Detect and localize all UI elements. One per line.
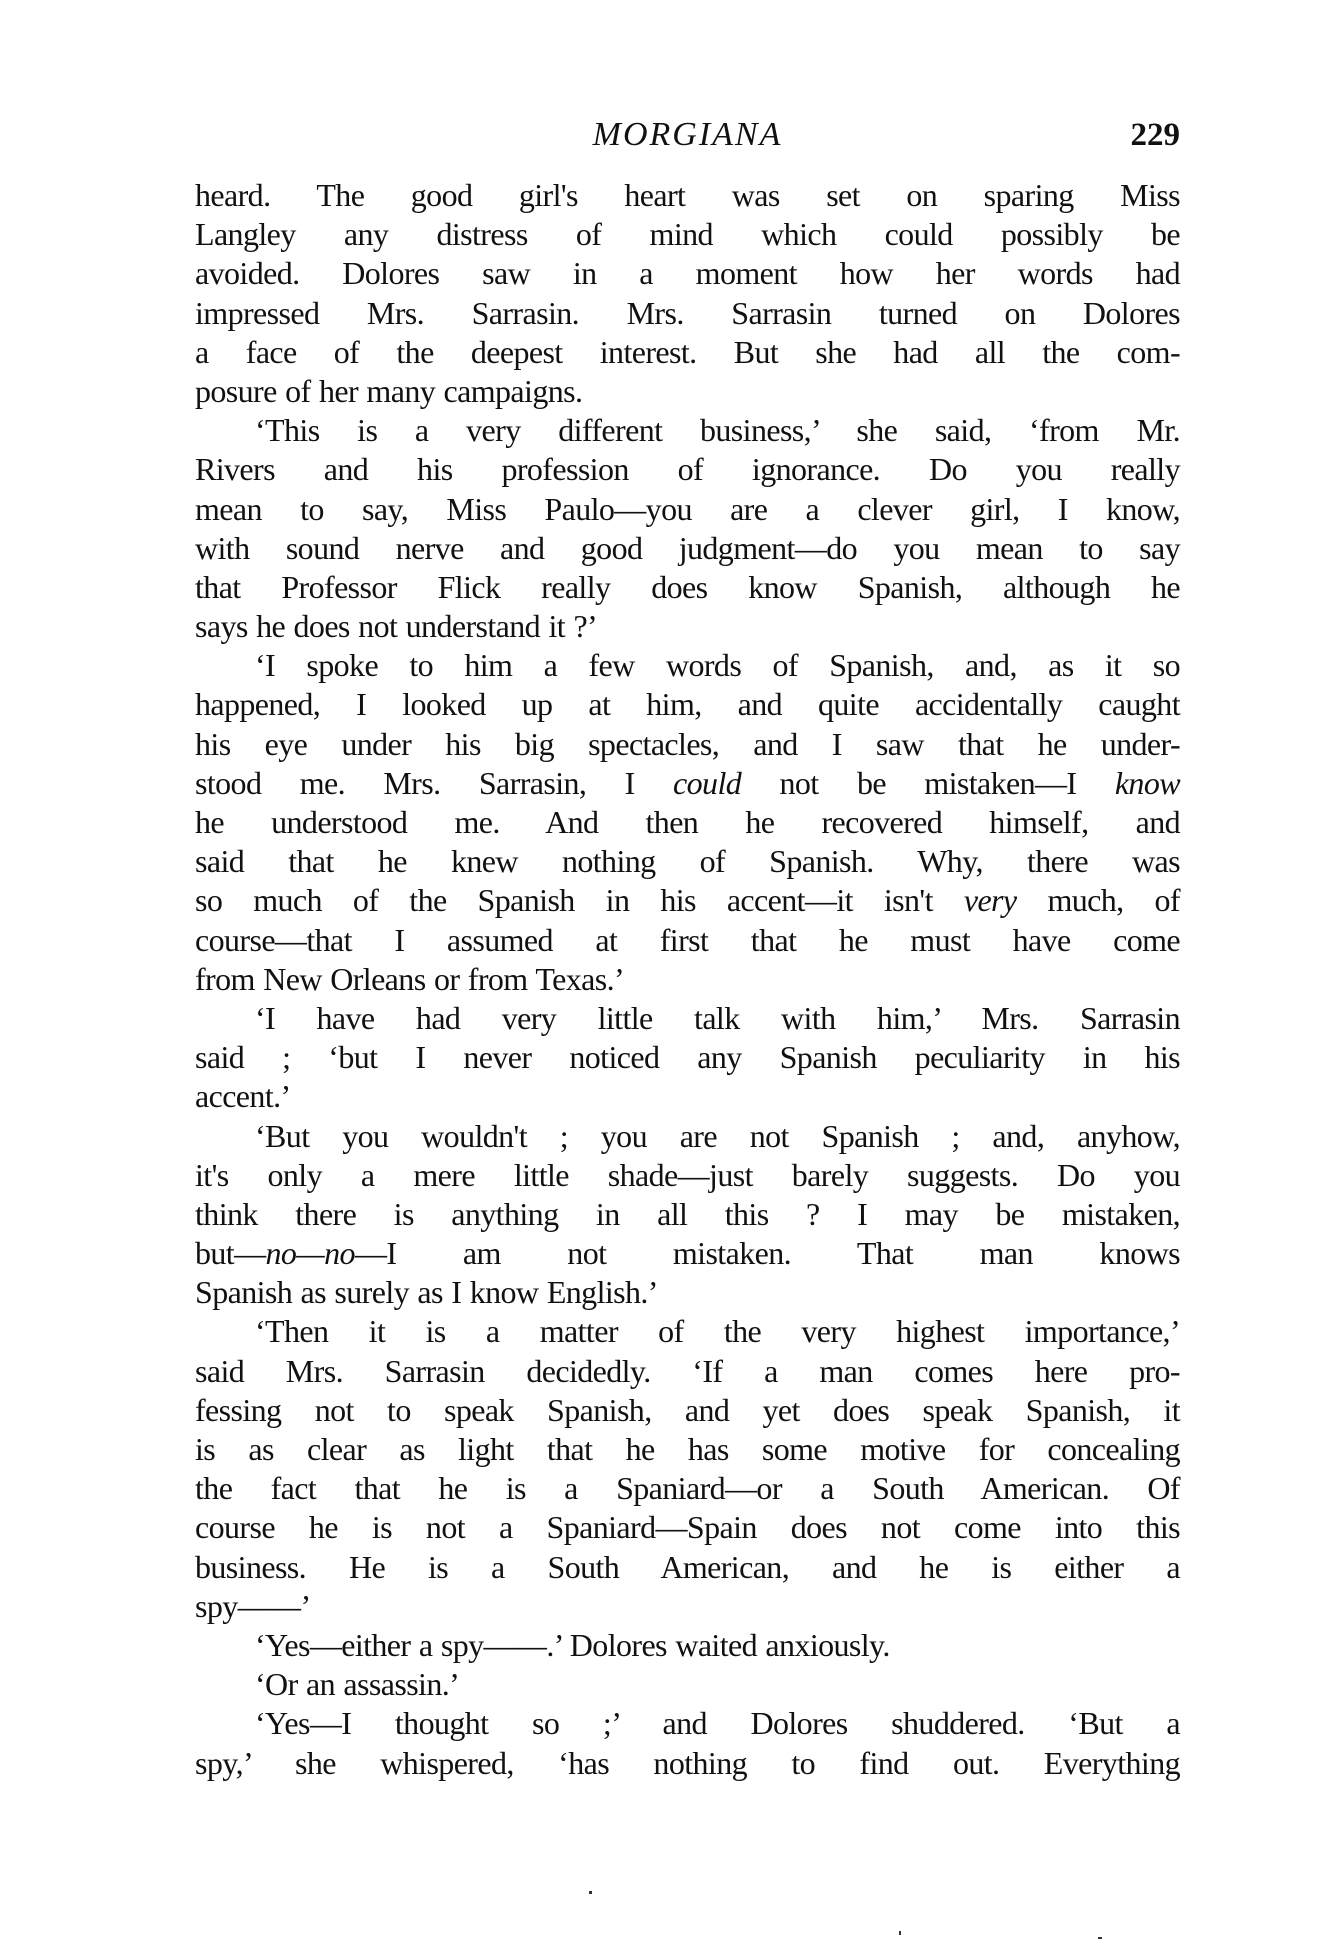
text-line: avoided. Dolores saw in a moment how her… xyxy=(195,254,1180,293)
text-line: is as clear as light that he has some mo… xyxy=(195,1430,1180,1469)
text-line: mean to say, Miss Paulo—you are a clever… xyxy=(195,490,1180,529)
scan-speck xyxy=(589,1891,592,1894)
text-line: says he does not understand it ?’ xyxy=(195,607,1180,646)
text-line: ‘I spoke to him a few words of Spanish, … xyxy=(195,646,1180,685)
text-line: heard. The good girl's heart was set on … xyxy=(195,176,1180,215)
emphasis: know xyxy=(1115,765,1180,801)
text-run: stood me. Mrs. Sarrasin, I xyxy=(195,765,673,801)
text-line: his eye under his big spectacles, and I … xyxy=(195,725,1180,764)
text-run: —I am not mistaken. That man knows xyxy=(355,1235,1180,1271)
scan-speck xyxy=(899,1931,901,1935)
text-line: he understood me. And then he recovered … xyxy=(195,803,1180,842)
text-line: business. He is a South American, and he… xyxy=(195,1548,1180,1587)
text-line: said that he knew nothing of Spanish. Wh… xyxy=(195,842,1180,881)
emphasis: could xyxy=(673,765,741,801)
text-line: accent.’ xyxy=(195,1077,1180,1116)
text-line: ‘This is a very different business,’ she… xyxy=(195,411,1180,450)
text-line: ‘But you wouldn't ; you are not Spanish … xyxy=(195,1117,1180,1156)
text-line: Rivers and his profession of ignorance. … xyxy=(195,450,1180,489)
text-run: but— xyxy=(195,1235,266,1271)
text-line: so much of the Spanish in his accent—it … xyxy=(195,881,1180,920)
text-line: a face of the deepest interest. But she … xyxy=(195,333,1180,372)
text-line: ‘Then it is a matter of the very highest… xyxy=(195,1312,1180,1351)
text-run: so much of the Spanish in his accent—it … xyxy=(195,882,964,918)
text-line: it's only a mere little shade—just barel… xyxy=(195,1156,1180,1195)
emphasis: very xyxy=(964,882,1017,918)
text-line: but—no—no—I am not mistaken. That man kn… xyxy=(195,1234,1180,1273)
text-line: posure of her many campaigns. xyxy=(195,372,1180,411)
text-line: from New Orleans or from Texas.’ xyxy=(195,960,1180,999)
text-line: ‘Yes—I thought so ;’ and Dolores shudder… xyxy=(195,1704,1180,1743)
text-line: think there is anything in all this ? I … xyxy=(195,1195,1180,1234)
text-line: course—that I assumed at first that he m… xyxy=(195,921,1180,960)
text-line: ‘Or an assassin.’ xyxy=(195,1665,1180,1704)
book-page: MORGIANA 229 heard. The good girl's hear… xyxy=(0,0,1336,1955)
text-line: said ; ‘but I never noticed any Spanish … xyxy=(195,1038,1180,1077)
text-line: ‘Yes—either a spy——.’ Dolores waited anx… xyxy=(195,1626,1180,1665)
body-text: heard. The good girl's heart was set on … xyxy=(195,176,1180,1783)
text-line: stood me. Mrs. Sarrasin, I could not be … xyxy=(195,764,1180,803)
text-line: with sound nerve and good judgment—do yo… xyxy=(195,529,1180,568)
text-line: Langley any distress of mind which could… xyxy=(195,215,1180,254)
text-line: happened, I looked up at him, and quite … xyxy=(195,685,1180,724)
text-line: the fact that he is a Spaniard—or a Sout… xyxy=(195,1469,1180,1508)
running-title: MORGIANA xyxy=(195,112,1180,158)
text-line: spy——’ xyxy=(195,1587,1180,1626)
text-line: impressed Mrs. Sarrasin. Mrs. Sarrasin t… xyxy=(195,294,1180,333)
text-line: fessing not to speak Spanish, and yet do… xyxy=(195,1391,1180,1430)
text-line: that Professor Flick really does know Sp… xyxy=(195,568,1180,607)
text-line: spy,’ she whispered, ‘has nothing to fin… xyxy=(195,1744,1180,1783)
text-run: not be mistaken—I xyxy=(741,765,1115,801)
text-run: much, of xyxy=(1017,882,1180,918)
text-line: Spanish as surely as I know English.’ xyxy=(195,1273,1180,1312)
emphasis: no—no xyxy=(266,1235,355,1271)
text-line: course he is not a Spaniard—Spain does n… xyxy=(195,1508,1180,1547)
running-head: MORGIANA 229 xyxy=(195,112,1180,158)
text-line: ‘I have had very little talk with him,’ … xyxy=(195,999,1180,1038)
text-line: said Mrs. Sarrasin decidedly. ‘If a man … xyxy=(195,1352,1180,1391)
page-number: 229 xyxy=(1131,112,1181,158)
scan-speck xyxy=(1098,1937,1102,1939)
